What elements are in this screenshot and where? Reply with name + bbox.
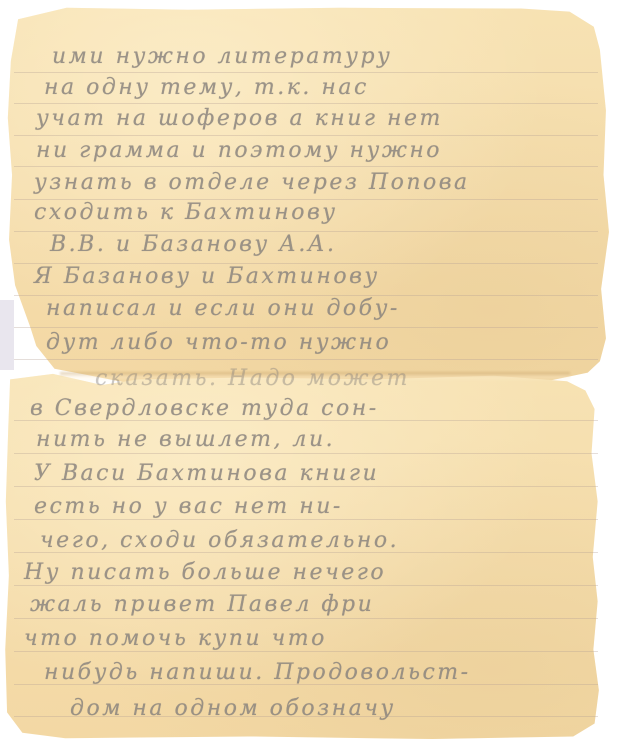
- text-line: Я Базанову и Бахтинову: [34, 264, 380, 289]
- scanned-letter: ими нужно литературу на одну тему, т.к. …: [0, 0, 628, 756]
- text-line: написал и если они добу-: [46, 296, 400, 321]
- text-line: ни грамма и поэтому нужно: [36, 138, 442, 163]
- text-line: дом на одном обозначу: [70, 696, 396, 721]
- text-line: сходить к Бахтинову: [34, 200, 338, 225]
- text-line: В.В. и Базанову А.А.: [50, 232, 336, 257]
- text-line: нибудь напиши. Продовольст-: [44, 660, 471, 685]
- text-line: есть но у вас нет ни-: [34, 494, 343, 519]
- text-line: чего, сходи обязательно.: [40, 528, 399, 553]
- text-line: в Свердловске туда сон-: [30, 396, 379, 421]
- text-line: учат на шоферов а книг нет: [36, 106, 443, 131]
- text-line: У Васи Бахтинова книги: [34, 461, 379, 486]
- text-line: нить не вышлет, ли.: [36, 427, 335, 452]
- handwritten-text: ими нужно литературу на одну тему, т.к. …: [0, 0, 628, 756]
- text-line: узнать в отделе через Попова: [34, 170, 470, 195]
- text-line: дут либо что-то нужно: [46, 330, 391, 355]
- text-line: что помочь купи что: [24, 626, 327, 651]
- text-line: ими нужно литературу: [52, 44, 392, 69]
- text-line: на одну тему, т.к. нас: [44, 75, 369, 100]
- text-line: жаль привет Павел фри: [30, 592, 374, 617]
- text-line: Ну писать больше нечего: [24, 560, 386, 585]
- text-line: сказать. Надо может: [95, 366, 410, 391]
